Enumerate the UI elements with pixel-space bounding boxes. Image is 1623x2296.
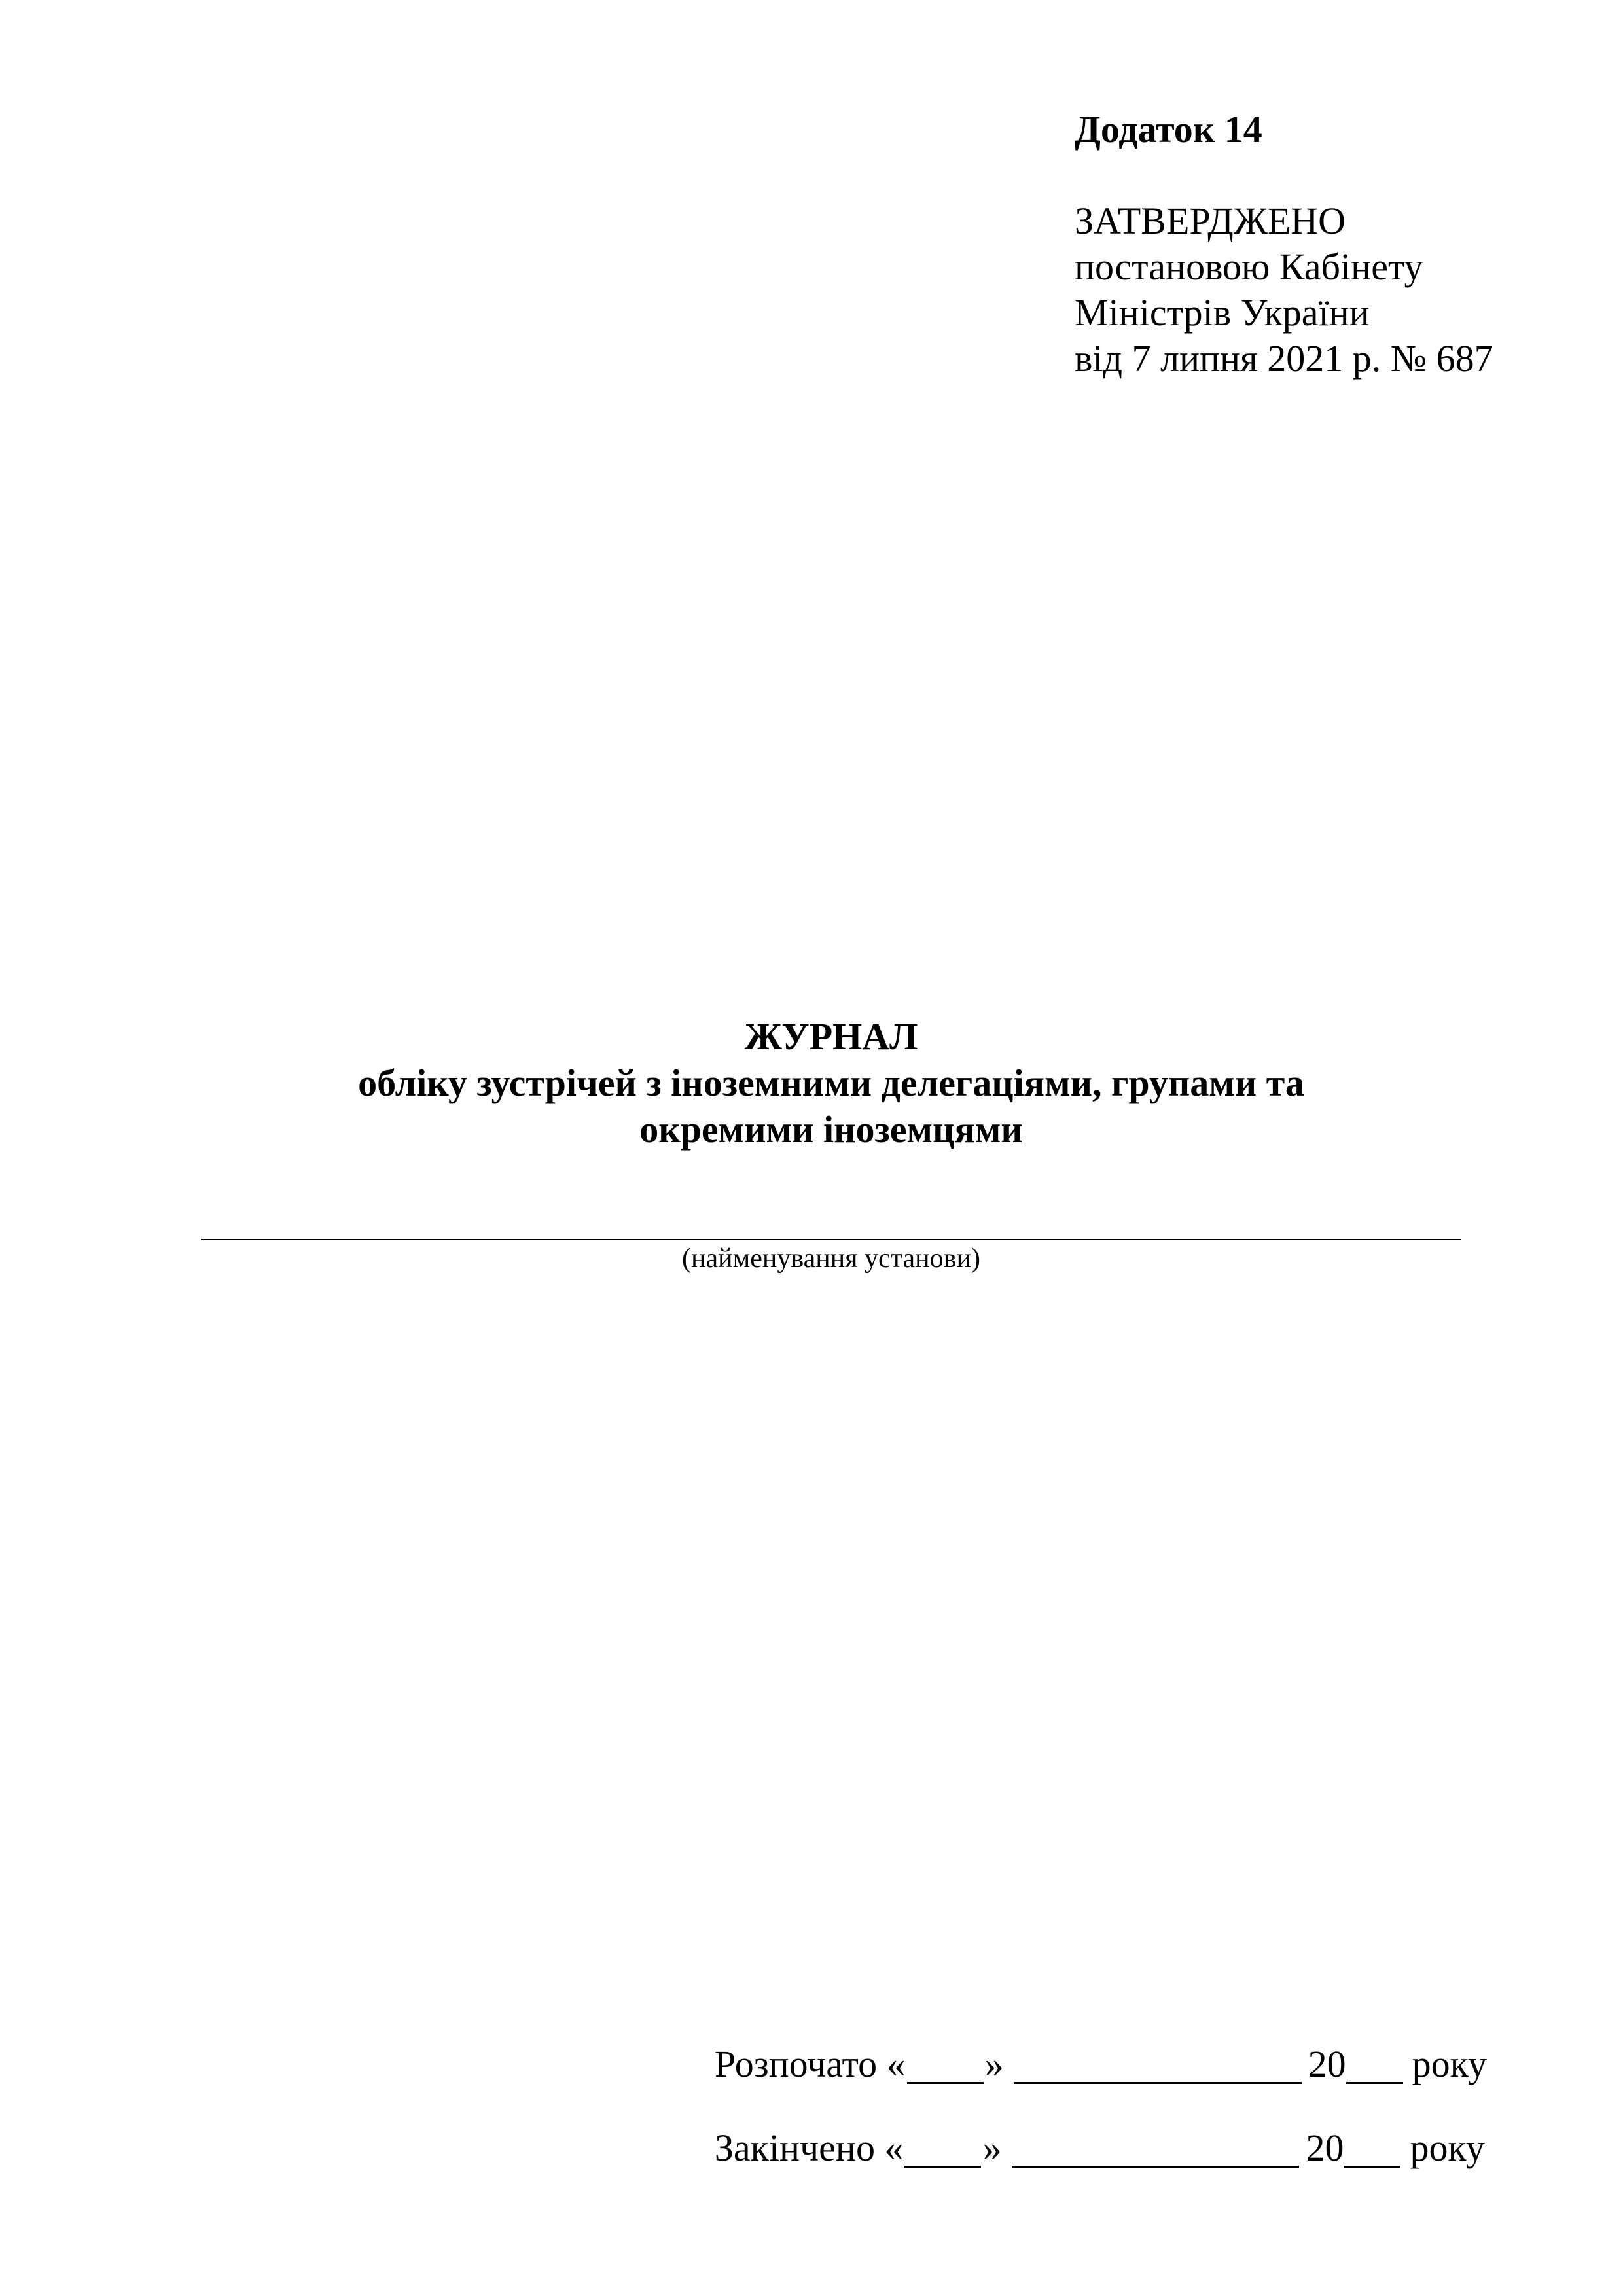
date-started-day-field[interactable] [907, 2081, 984, 2084]
date-started-year-unit: року [1412, 2041, 1487, 2087]
journal-subtitle-line-1: обліку зустрічей з іноземними делегаціям… [177, 1060, 1486, 1106]
approval-line-ministers: Міністрів України [1075, 290, 1493, 336]
open-quote: « [887, 2041, 906, 2087]
date-started-year-field[interactable] [1346, 2081, 1403, 2084]
close-quote: » [985, 2041, 1004, 2087]
approval-line-approved: ЗАТВЕРДЖЕНО [1075, 198, 1493, 244]
annex-number: Додаток 14 [1075, 107, 1262, 152]
approval-line-date-number: від 7 липня 2021 р. № 687 [1075, 336, 1493, 382]
date-started-label: Розпочато [715, 2041, 877, 2087]
organization-name-field[interactable] [201, 1239, 1461, 1240]
approval-stamp: ЗАТВЕРДЖЕНО постановою Кабінету Міністрі… [1075, 198, 1493, 382]
approval-line-resolution: постановою Кабінету [1075, 244, 1493, 290]
date-finished-year-field[interactable] [1344, 2165, 1400, 2168]
date-finished-year-unit: року [1410, 2125, 1484, 2171]
journal-subtitle-line-2: окремими іноземцями [177, 1106, 1486, 1153]
date-finished-row: Закінчено «»20року [715, 2125, 1487, 2171]
organization-name-caption: (найменування установи) [177, 1242, 1486, 1275]
close-quote: » [982, 2125, 1001, 2171]
date-started-year-prefix: 20 [1308, 2041, 1346, 2087]
journal-heading: ЖУРНАЛ [177, 1013, 1486, 1060]
document-page: Додаток 14 ЗАТВЕРДЖЕНО постановою Кабіне… [0, 0, 1623, 2296]
date-finished-label: Закінчено [715, 2125, 875, 2171]
date-started-row: Розпочато «»20року [715, 2041, 1487, 2087]
date-finished-day-field[interactable] [904, 2165, 981, 2168]
date-finished-year-prefix: 20 [1306, 2125, 1344, 2171]
open-quote: « [884, 2125, 903, 2171]
journal-title: ЖУРНАЛ обліку зустрічей з іноземними дел… [177, 1013, 1486, 1153]
journal-dates: Розпочато «»20року Закінчено «»20року [715, 2041, 1487, 2209]
date-started-month-field[interactable] [1014, 2081, 1302, 2084]
date-finished-month-field[interactable] [1012, 2165, 1299, 2168]
